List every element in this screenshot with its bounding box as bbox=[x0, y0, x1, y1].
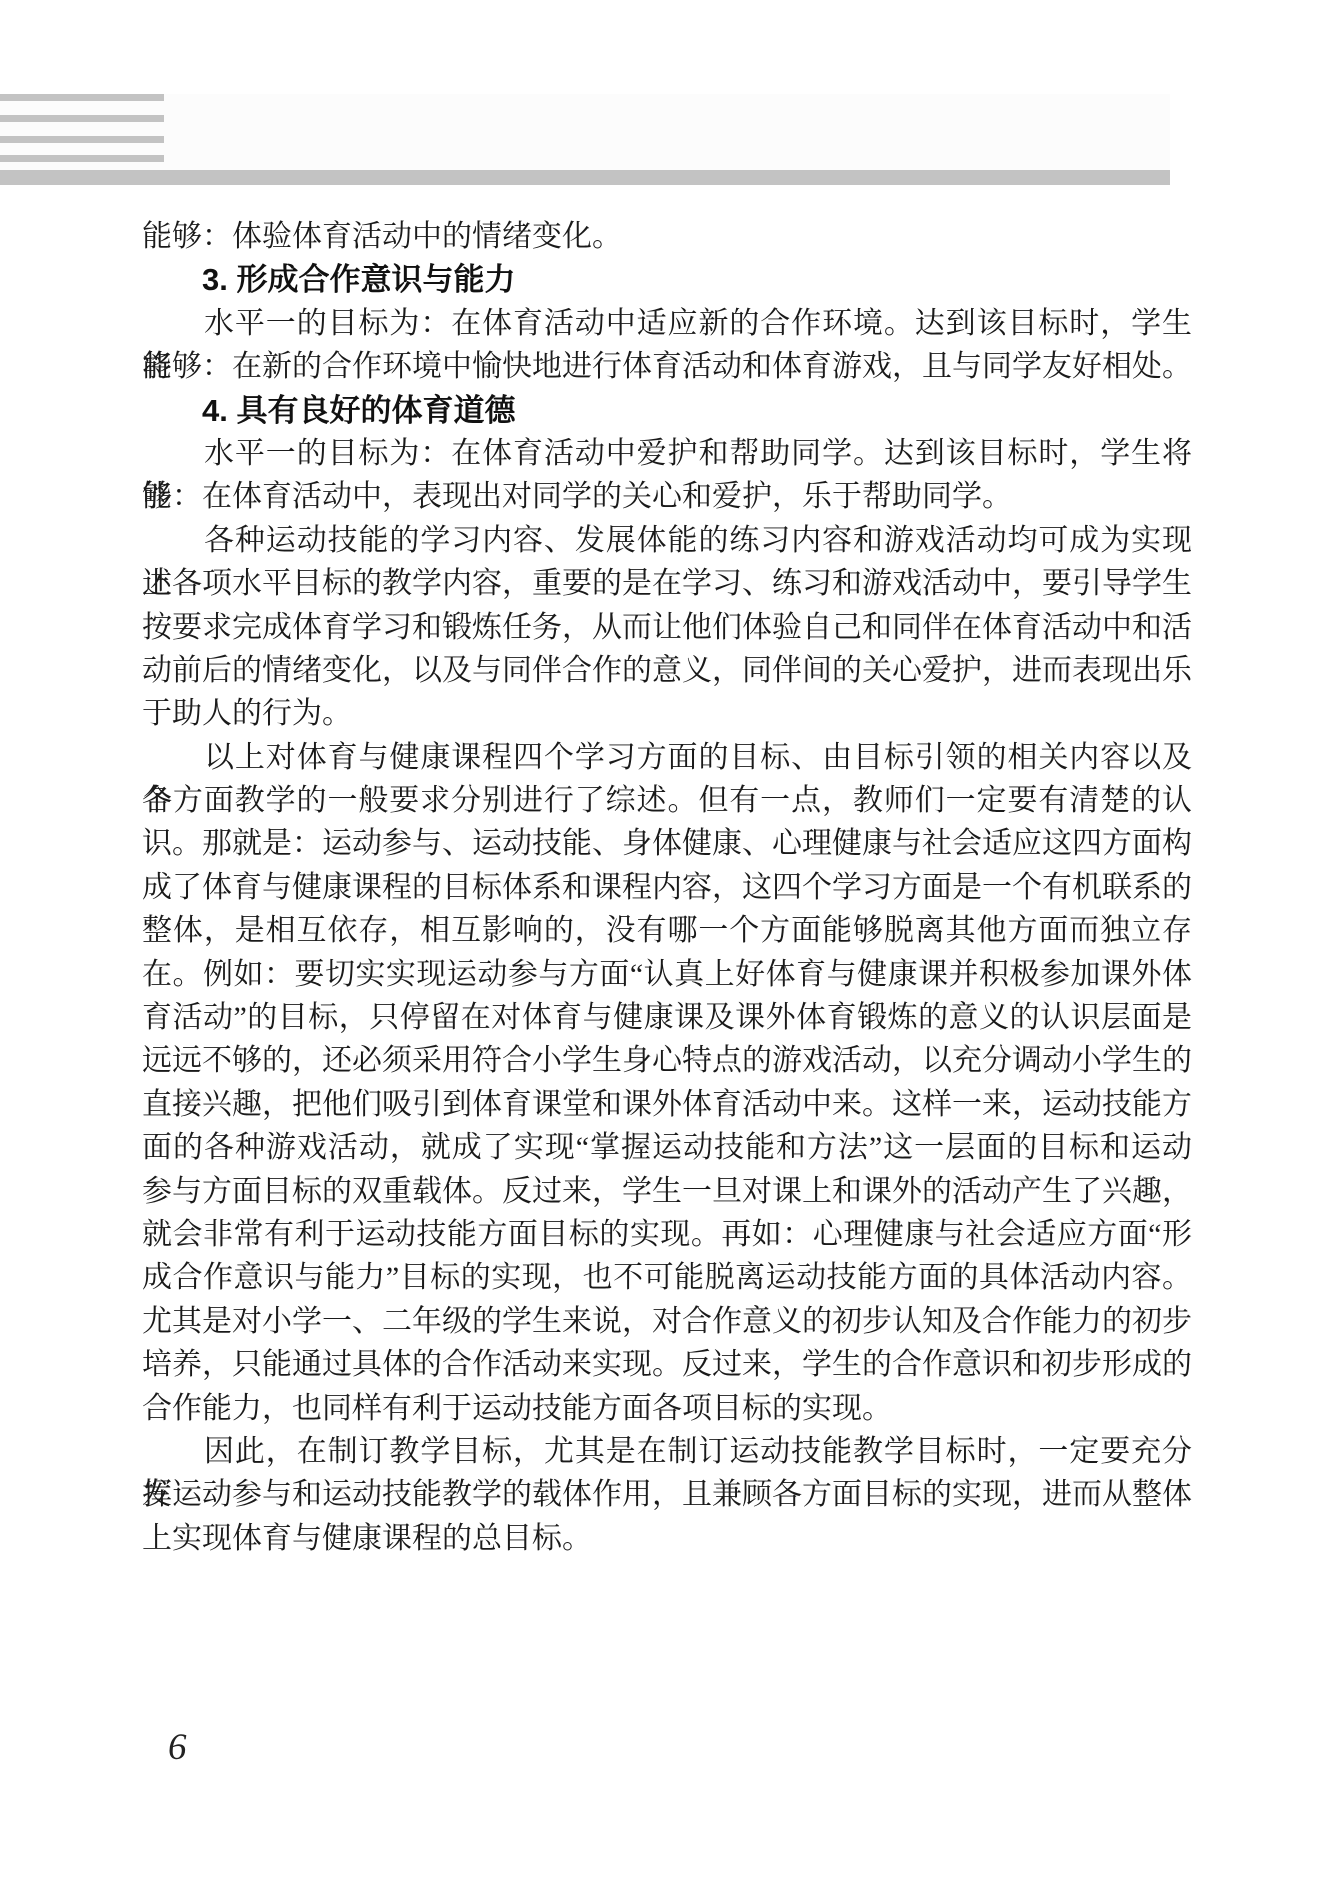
text-line: 远远不够的，还必须采用符合小学生身心特点的游戏活动，以充分调动小学生的 bbox=[142, 1039, 1192, 1082]
text-line: 水平一的目标为：在体育活动中适应新的合作环境。达到该目标时，学生将 bbox=[142, 302, 1192, 345]
text-line: 按要求完成体育学习和锻炼任务，从而让他们体验自己和同伴在体育活动中和活 bbox=[142, 606, 1192, 649]
header-left-bar-3 bbox=[0, 136, 164, 143]
text-line: 整体，是相互依存，相互影响的，没有哪一个方面能够脱离其他方面而独立存 bbox=[142, 909, 1192, 952]
text-line: 面的各种游戏活动，就成了实现“掌握运动技能和方法”这一层面的目标和运动 bbox=[142, 1126, 1192, 1169]
document-page: 能够：体验体育活动中的情绪变化。3. 形成合作意识与能力水平一的目标为：在体育活… bbox=[0, 0, 1331, 1884]
text-line: 直接兴趣，把他们吸引到体育课堂和课外体育活动中来。这样一来，运动技能方 bbox=[142, 1083, 1192, 1126]
text-line: 以上对体育与健康课程四个学习方面的目标、由目标引领的相关内容以及各 bbox=[142, 736, 1192, 779]
body-text: 能够：体验体育活动中的情绪变化。3. 形成合作意识与能力水平一的目标为：在体育活… bbox=[142, 215, 1192, 1560]
text-line: 上实现体育与健康课程的总目标。 bbox=[142, 1517, 1192, 1560]
text-line: 识。那就是：运动参与、运动技能、身体健康、心理健康与社会适应这四方面构 bbox=[142, 822, 1192, 865]
text-line: 能够：在新的合作环境中愉快地进行体育活动和体育游戏，且与同学友好相处。 bbox=[142, 345, 1192, 388]
text-line: 于助人的行为。 bbox=[142, 692, 1192, 735]
text-line: 在。例如：要切实实现运动参与方面“认真上好体育与健康课并积极参加课外体 bbox=[142, 953, 1192, 996]
text-line: 就会非常有利于运动技能方面目标的实现。再如：心理健康与社会适应方面“形 bbox=[142, 1213, 1192, 1256]
section-heading: 4. 具有良好的体育道德 bbox=[142, 389, 1192, 432]
header-band bbox=[0, 94, 1170, 170]
text-line: 成合作意识与能力”目标的实现，也不可能脱离运动技能方面的具体活动内容。 bbox=[142, 1256, 1192, 1299]
text-line: 合作能力，也同样有利于运动技能方面各项目标的实现。 bbox=[142, 1387, 1192, 1430]
text-line: 各种运动技能的学习内容、发展体能的练习内容和游戏活动均可成为实现上 bbox=[142, 519, 1192, 562]
text-line: 够：在体育活动中，表现出对同学的关心和爱护，乐于帮助同学。 bbox=[142, 475, 1192, 518]
text-line: 动前后的情绪变化，以及与同伴合作的意义，同伴间的关心爱护，进而表现出乐 bbox=[142, 649, 1192, 692]
text-line: 水平一的目标为：在体育活动中爱护和帮助同学。达到该目标时，学生将能 bbox=[142, 432, 1192, 475]
text-line: 培养，只能通过具体的合作活动来实现。反过来，学生的合作意识和初步形成的 bbox=[142, 1343, 1192, 1386]
text-line: 能够：体验体育活动中的情绪变化。 bbox=[142, 215, 1192, 258]
text-line: 成了体育与健康课程的目标体系和课程内容，这四个学习方面是一个有机联系的 bbox=[142, 866, 1192, 909]
header-left-bar-2 bbox=[0, 115, 164, 122]
header-left-bar-1 bbox=[0, 94, 164, 101]
text-line: 挥运动参与和运动技能教学的载体作用，且兼顾各方面目标的实现，进而从整体 bbox=[142, 1473, 1192, 1516]
text-line: 尤其是对小学一、二年级的学生来说，对合作意义的初步认知及合作能力的初步 bbox=[142, 1300, 1192, 1343]
header-rule-bar bbox=[0, 170, 1170, 185]
text-line: 个方面教学的一般要求分别进行了综述。但有一点，教师们一定要有清楚的认 bbox=[142, 779, 1192, 822]
header-left-bar-4 bbox=[0, 155, 164, 162]
page-number: 6 bbox=[168, 1726, 187, 1769]
text-line: 育活动”的目标，只停留在对体育与健康课及课外体育锻炼的意义的认识层面是 bbox=[142, 996, 1192, 1039]
text-line: 参与方面目标的双重载体。反过来，学生一旦对课上和课外的活动产生了兴趣， bbox=[142, 1170, 1192, 1213]
text-line: 因此，在制订教学目标，尤其是在制订运动技能教学目标时，一定要充分发 bbox=[142, 1430, 1192, 1473]
section-heading: 3. 形成合作意识与能力 bbox=[142, 258, 1192, 301]
text-line: 述各项水平目标的教学内容，重要的是在学习、练习和游戏活动中，要引导学生 bbox=[142, 562, 1192, 605]
